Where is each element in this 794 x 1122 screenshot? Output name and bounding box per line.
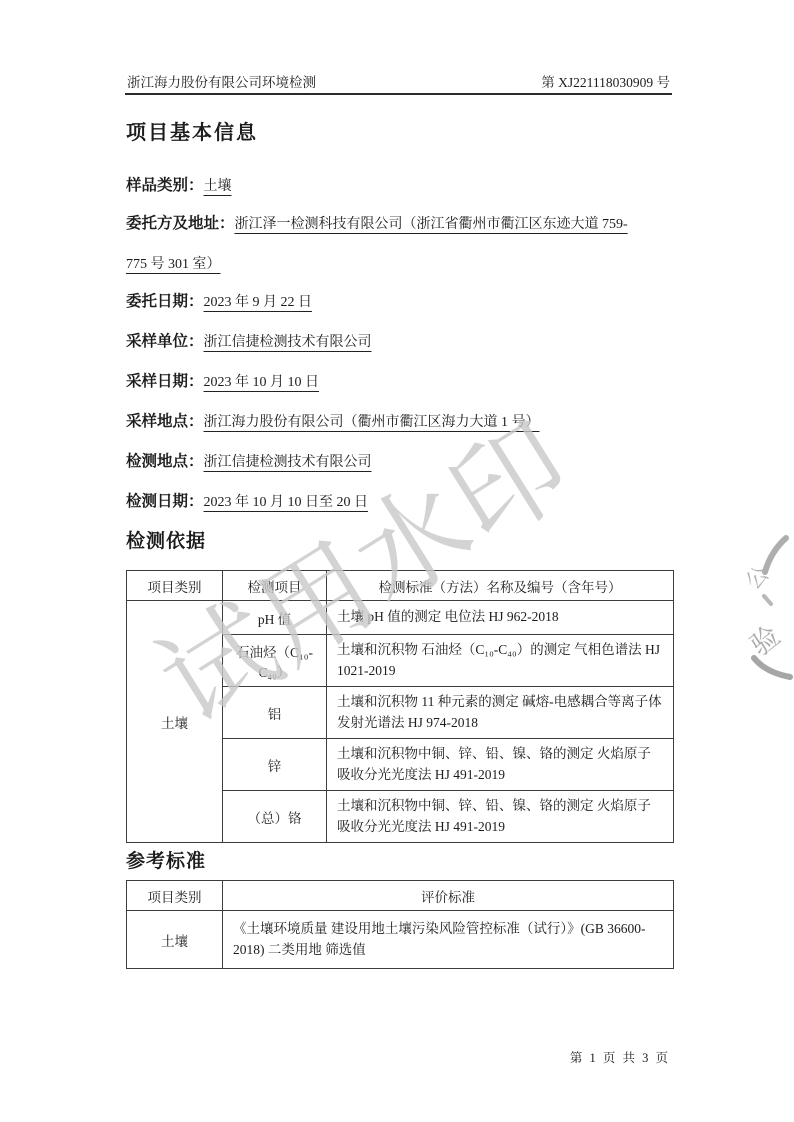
field-client-address: 委托方及地址：浙江泽一检测科技有限公司（浙江省衢州市衢江区东迹大道 759-77… [126,204,631,285]
document-page: 浙江海力股份有限公司环境检测 第 XJ221118030909 号 项目基本信息… [0,0,794,1122]
field-label: 采样地点： [126,413,204,430]
section-heading-testing-basis: 检测依据 [126,526,206,553]
col-header-category: 项目类别 [127,881,223,911]
item-cell: 铝 [223,687,327,739]
field-value: 2023 年 10 月 10 日 [204,375,320,390]
table-header-row: 项目类别 评价标准 [127,881,674,911]
table-row: 土壤 《土壤环境质量 建设用地土壤污染风险管控标准（试行）》(GB 36600-… [127,911,674,969]
field-label: 检测地点： [126,453,204,470]
item-cell: 锌 [223,739,327,791]
table-header-row: 项目类别 检测项目 检测标准（方法）名称及编号（含年号） [127,571,674,601]
field-label: 采样日期： [126,373,204,390]
page-number: 第 1 页 共 3 页 [570,1048,670,1066]
field-testing-date: 检测日期：2023 年 10 月 10 日至 20 日 [126,482,631,523]
field-label: 委托方及地址： [126,215,235,232]
standard-cell: 土壤 pH 值的测定 电位法 HJ 962-2018 [327,601,674,635]
partial-seal-icon: 公 验 [742,520,794,680]
standard-cell: 土壤和沉积物 石油烃（C₁₀-C₄₀）的测定 气相色谱法 HJ 1021-201… [327,635,674,687]
field-testing-location: 检测地点：浙江信捷检测技术有限公司 [126,442,631,483]
field-value: 土壤 [204,179,232,194]
field-value: 浙江信捷检测技术有限公司 [204,455,372,470]
standard-cell: 《土壤环境质量 建设用地土壤污染风险管控标准（试行）》(GB 36600-201… [223,911,674,969]
reference-standard-table: 项目类别 评价标准 土壤 《土壤环境质量 建设用地土壤污染风险管控标准（试行）》… [126,880,674,969]
field-label: 样品类别： [126,177,204,194]
section-heading-reference-standard: 参考标准 [126,846,206,873]
header-report-number: 第 XJ221118030909 号 [541,71,670,91]
svg-text:验: 验 [745,620,787,662]
col-header-evaluation: 评价标准 [223,881,674,911]
standard-cell: 土壤和沉积物 11 种元素的测定 碱熔-电感耦合等离子体发射光谱法 HJ 974… [327,687,674,739]
page-header: 浙江海力股份有限公司环境检测 第 XJ221118030909 号 [127,71,670,91]
field-commission-date: 委托日期：2023 年 9 月 22 日 [126,282,631,323]
item-cell: 石油烃（C₁₀-C₄₀） [223,635,327,687]
field-label: 采样单位： [126,333,204,350]
category-cell: 土壤 [127,601,223,843]
field-sampling-unit: 采样单位：浙江信捷检测技术有限公司 [126,322,631,363]
field-value: 2023 年 9 月 22 日 [204,295,313,310]
field-sample-category: 样品类别：土壤 [126,166,631,207]
field-label: 委托日期： [126,293,204,310]
testing-basis-table: 项目类别 检测项目 检测标准（方法）名称及编号（含年号） 土壤 pH 值 土壤 … [126,570,674,843]
field-value: 浙江海力股份有限公司（衢州市衢江区海力大道 1 号） [204,415,540,430]
field-value: 浙江信捷检测技术有限公司 [204,335,372,350]
col-header-category: 项目类别 [127,571,223,601]
header-company: 浙江海力股份有限公司环境检测 [127,71,316,91]
svg-text:公: 公 [742,561,774,594]
field-label: 检测日期： [126,493,204,510]
col-header-item: 检测项目 [223,571,327,601]
item-cell: （总）铬 [223,791,327,843]
category-cell: 土壤 [127,911,223,969]
item-cell: pH 值 [223,601,327,635]
standard-cell: 土壤和沉积物中铜、锌、铅、镍、铬的测定 火焰原子吸收分光光度法 HJ 491-2… [327,791,674,843]
standard-cell: 土壤和沉积物中铜、锌、铅、镍、铬的测定 火焰原子吸收分光光度法 HJ 491-2… [327,739,674,791]
col-header-standard: 检测标准（方法）名称及编号（含年号） [327,571,674,601]
field-sampling-date: 采样日期：2023 年 10 月 10 日 [126,362,631,403]
header-rule [125,93,672,95]
field-value: 2023 年 10 月 10 日至 20 日 [204,495,369,510]
field-sampling-location: 采样地点：浙江海力股份有限公司（衢州市衢江区海力大道 1 号） [126,402,631,443]
page-title: 项目基本信息 [126,116,258,145]
table-row: 土壤 pH 值 土壤 pH 值的测定 电位法 HJ 962-2018 [127,601,674,635]
